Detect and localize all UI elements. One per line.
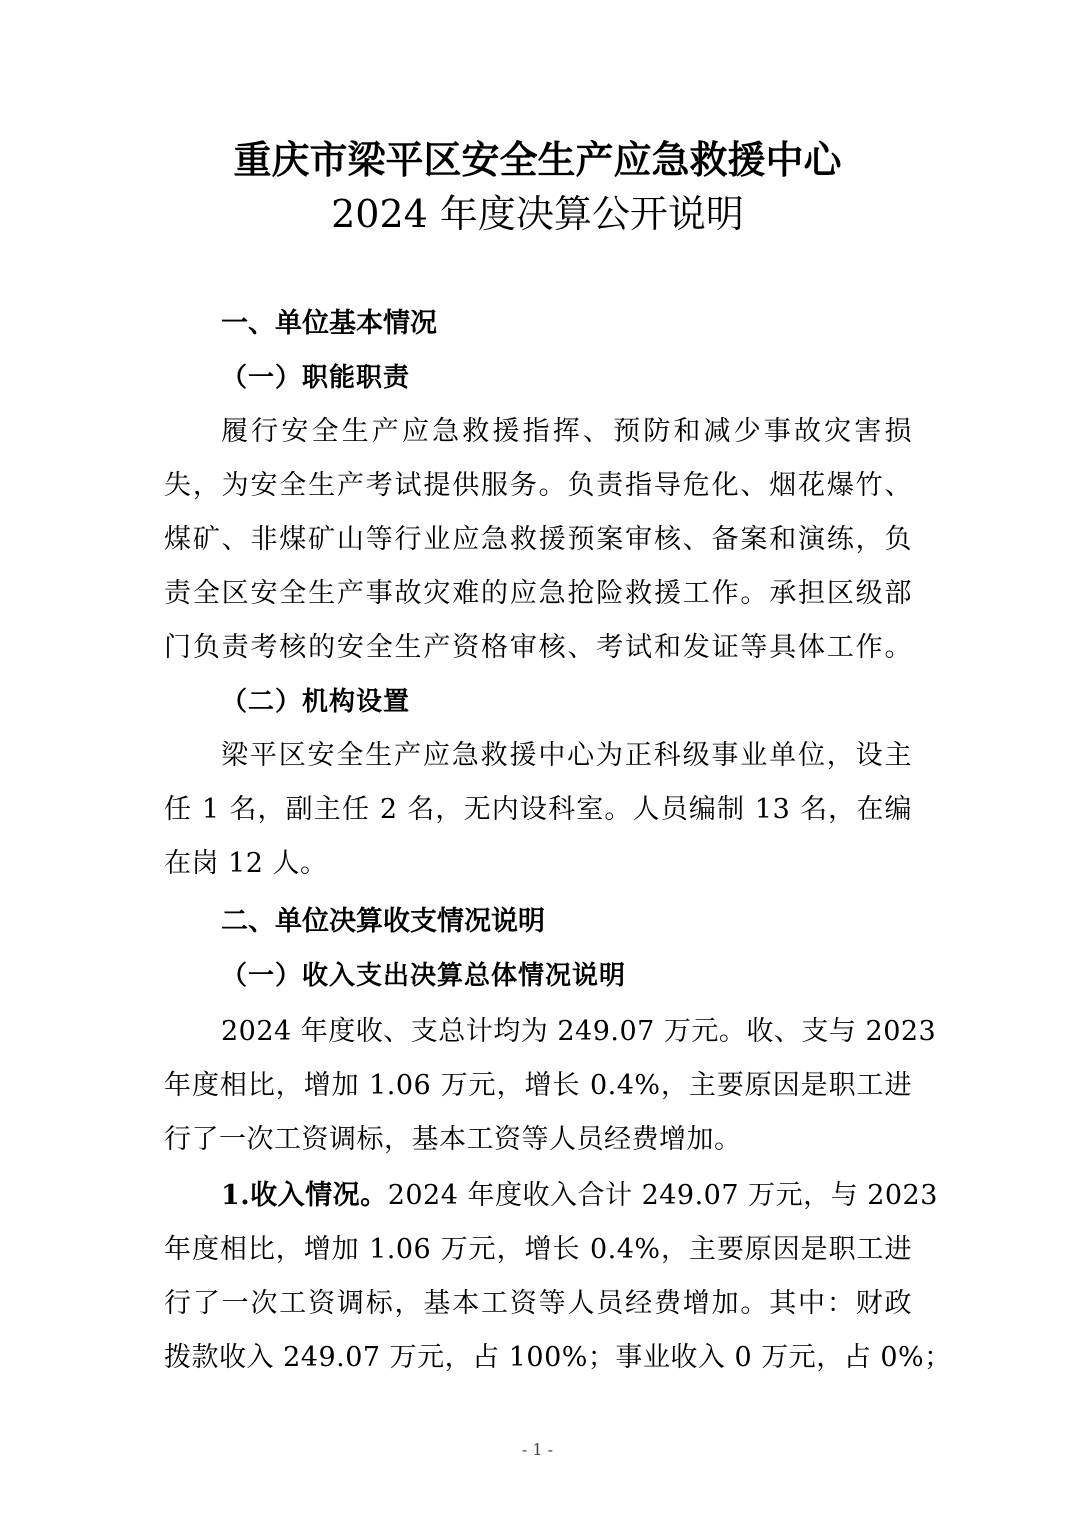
section-heading-basic-info: 一、单位基本情况	[221, 306, 437, 342]
subsection-heading-organization: （二）机构设置	[221, 684, 410, 720]
document-title: 重庆市梁平区安全生产应急救援中心	[0, 136, 1075, 184]
paragraph-line: 责全区安全生产事故灾难的应急抢险救援工作。承担区级部	[164, 576, 912, 612]
subsection-heading-duties: （一）职能职责	[221, 360, 410, 396]
document-subtitle: 2024 年度决算公开说明	[0, 190, 1075, 238]
paragraph-line: 拨款收入 249.07 万元，占 100%；事业收入 0 万元，占 0%；	[164, 1340, 912, 1376]
paragraph-line: 在岗 12 人。	[164, 846, 912, 882]
paragraph-line: 行了一次工资调标，基本工资等人员经费增加。	[164, 1122, 912, 1158]
paragraph-line: 煤矿、非煤矿山等行业应急救援预案审核、备案和演练，负	[164, 522, 912, 558]
income-paragraph-lead: 1.收入情况。2024 年度收入合计 249.07 万元，与 2023	[221, 1178, 912, 1214]
paragraph-line: 梁平区安全生产应急救援中心为正科级事业单位，设主	[221, 738, 912, 774]
paragraph-line: 行了一次工资调标，基本工资等人员经费增加。其中：财政	[164, 1286, 912, 1322]
paragraph-line: 履行安全生产应急救援指挥、预防和减少事故灾害损	[221, 414, 912, 450]
income-lead-text: 2024 年度收入合计 249.07 万元，与 2023	[388, 1180, 938, 1211]
paragraph-line: 年度相比，增加 1.06 万元，增长 0.4%，主要原因是职工进	[164, 1232, 912, 1268]
paragraph-line: 门负责考核的安全生产资格审核、考试和发证等具体工作。	[164, 630, 912, 666]
paragraph-line: 年度相比，增加 1.06 万元，增长 0.4%，主要原因是职工进	[164, 1068, 912, 1104]
income-lead-label: 1.收入情况。	[221, 1180, 388, 1211]
subsection-heading-overall: （一）收入支出决算总体情况说明	[221, 958, 626, 994]
section-heading-budget: 二、单位决算收支情况说明	[221, 904, 545, 940]
paragraph-line: 失，为安全生产考试提供服务。负责指导危化、烟花爆竹、	[164, 468, 912, 504]
page-number: - 1 -	[0, 1440, 1075, 1459]
paragraph-line: 2024 年度收、支总计均为 249.07 万元。收、支与 2023	[221, 1014, 912, 1050]
paragraph-line: 任 1 名，副主任 2 名，无内设科室。人员编制 13 名，在编	[164, 792, 912, 828]
document-page: 重庆市梁平区安全生产应急救援中心 2024 年度决算公开说明 一、单位基本情况 …	[0, 0, 1075, 1520]
